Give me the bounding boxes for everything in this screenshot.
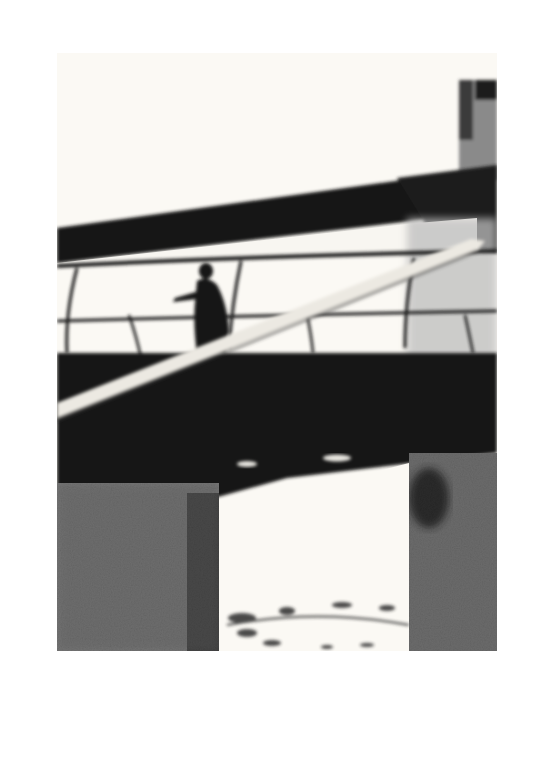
bridge-photograph bbox=[57, 53, 497, 651]
photo-print bbox=[57, 53, 497, 651]
left-pier bbox=[57, 483, 219, 651]
haze bbox=[407, 218, 497, 358]
tower bbox=[459, 80, 497, 180]
right-pier bbox=[409, 453, 497, 651]
